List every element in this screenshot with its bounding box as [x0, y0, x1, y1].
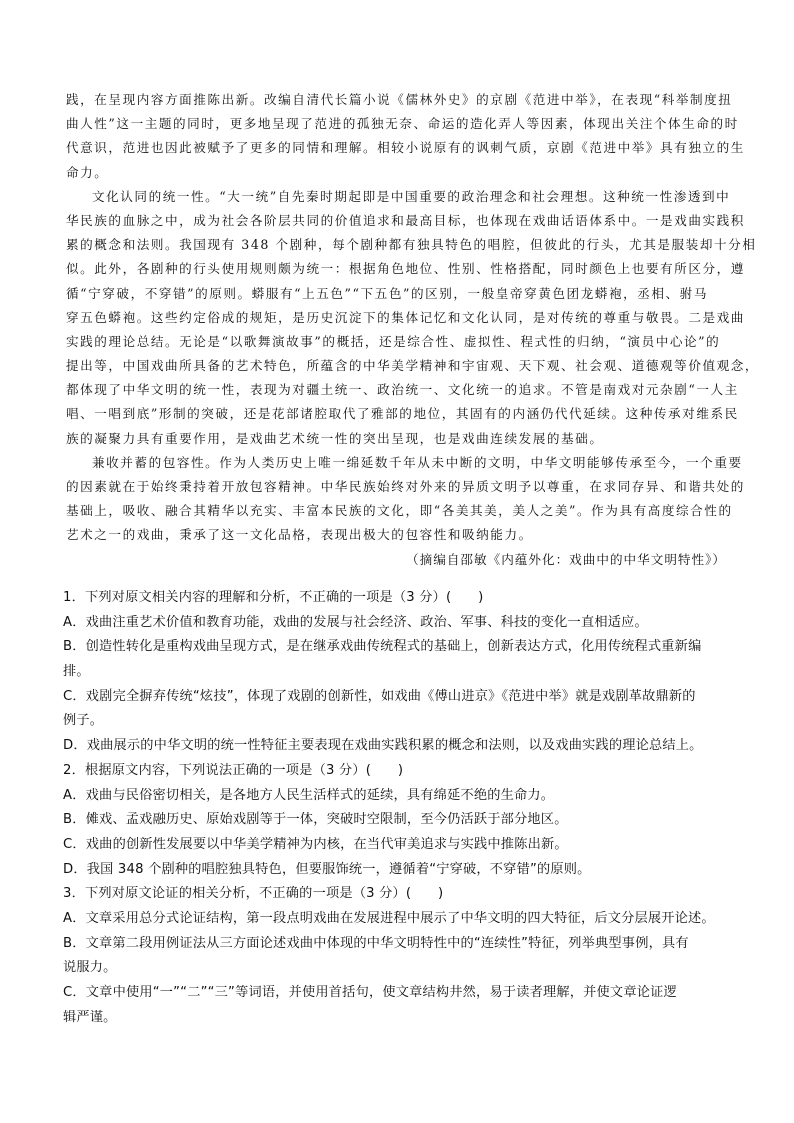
passage-line: 代意识，范进也因此被赋予了更多的同情和理解。相较小说原有的讽刺气质，京剧《范进中…	[66, 136, 730, 160]
document-page: 践，在呈现内容方面推陈出新。改编自清代长篇小说《儒林外史》的京剧《范进中举》，在…	[0, 0, 794, 1123]
question-3: 3．下列对原文论证的相关分析，不正确的一项是（3 分）( ) A．文章采用总分式…	[63, 882, 733, 1030]
option-d: D．戏曲展示的中华文明的统一性特征主要表现在戏曲实践积累的概念和法则，以及戏曲实…	[63, 734, 733, 759]
option-a: A．文章采用总分式论证结构，第一段点明戏曲在发展进程中展示了中华文明的四大特征，…	[63, 907, 733, 932]
source-citation: （摘编自邵敏《内蕴外化：戏曲中的中华文明特性》）	[66, 548, 730, 572]
reading-passage: 践，在呈现内容方面推陈出新。改编自清代长篇小说《儒林外史》的京剧《范进中举》，在…	[66, 88, 730, 572]
option-c: C．文章中使用“一”“二”“三”等词语，并使用首括句，使文章结构井然，易于读者理…	[63, 981, 733, 1006]
option-b: B．文章第二段用例证法从三方面论述戏曲中体现的中华文明特性中的“连续性”特征，列…	[63, 932, 733, 957]
passage-line: 穿五色蟒袍。这些约定俗成的规矩，是历史沉淀下的集体记忆和文化认同，是对传统的尊重…	[66, 306, 730, 330]
option-c-cont: 辑严谨。	[63, 1006, 733, 1031]
paragraph-start-unity: 文化认同的统一性。“大一统”自先秦时期起即是中国重要的政治理念和社会理想。这种统…	[66, 185, 730, 209]
passage-line: 命力。	[66, 161, 730, 185]
passage-line: 华民族的血脉之中，成为社会各阶层共同的价值追求和最高目标，也体现在戏曲话语体系中…	[66, 209, 730, 233]
question-stem: 2．根据原文内容，下列说法正确的一项是（3 分）( )	[63, 759, 733, 784]
option-a: A．戏曲与民俗密切相关，是各地方人民生活样式的延续，具有绵延不绝的生命力。	[63, 784, 733, 809]
option-b-cont: 说服力。	[63, 956, 733, 981]
option-c-cont: 例子。	[63, 709, 733, 734]
passage-line: 唱、一唱到底”形制的突破，还是花部诸腔取代了雅部的地位，其固有的内涵仍代代延续。…	[66, 402, 730, 426]
passage-line: 的因素就在于始终秉持着开放包容精神。中华民族始终对外来的异质文明予以尊重，在求同…	[66, 475, 730, 499]
passage-line: 循“宁穿破，不穿错”的原则。蟒服有“上五色”“下五色”的区别，一般皇帝穿黄色团龙…	[66, 282, 730, 306]
passage-line: 提出等，中国戏曲所具备的艺术特色，所蕴含的中华美学精神和宇宙观、天下观、社会观、…	[66, 354, 730, 378]
option-c: C．戏剧完全摒弃传统“炫技”，体现了戏剧的创新性，如戏曲《傅山进京》《范进中举》…	[63, 685, 733, 710]
questions-section: 1．下列对原文相关内容的理解和分析，不正确的一项是（3 分）( ) A．戏曲注重…	[63, 586, 733, 1030]
option-d: D．我国 348 个剧种的唱腔独具特色，但要服饰统一，遵循着“宁穿破，不穿错”的…	[63, 858, 733, 883]
passage-line: 族的凝聚力具有重要作用，是戏曲艺术统一性的突出呈现，也是戏曲连续发展的基础。	[66, 427, 730, 451]
question-2: 2．根据原文内容，下列说法正确的一项是（3 分）( ) A．戏曲与民俗密切相关，…	[63, 759, 733, 882]
paragraph-start-inclusiveness: 兼收并蓄的包容性。作为人类历史上唯一绵延数千年从未中断的文明，中华文明能够传承至…	[66, 451, 730, 475]
option-b-cont: 排。	[63, 660, 733, 685]
question-stem: 1．下列对原文相关内容的理解和分析，不正确的一项是（3 分）( )	[63, 586, 733, 611]
option-b: B．傩戏、孟戏融历史、原始戏剧等于一体，突破时空限制，至今仍活跃于部分地区。	[63, 808, 733, 833]
option-a: A．戏曲注重艺术价值和教育功能，戏曲的发展与社会经济、政治、军事、科技的变化一直…	[63, 611, 733, 636]
option-c: C．戏曲的创新性发展要以中华美学精神为内核，在当代审美追求与实践中推陈出新。	[63, 833, 733, 858]
question-1: 1．下列对原文相关内容的理解和分析，不正确的一项是（3 分）( ) A．戏曲注重…	[63, 586, 733, 759]
passage-line: 似。此外，各剧种的行头使用规则颇为统一：根据角色地位、性别、性格搭配，同时颜色上…	[66, 257, 730, 281]
option-b: B．创造性转化是重构戏曲呈现方式，是在继承戏曲传统程式的基础上，创新表达方式，化…	[63, 635, 733, 660]
passage-line: 实践的理论总结。无论是“以歌舞演故事”的概括，还是综合性、虚拟性、程式性的归纳，…	[66, 330, 730, 354]
question-stem: 3．下列对原文论证的相关分析，不正确的一项是（3 分）( )	[63, 882, 733, 907]
passage-line: 累的概念和法则。我国现有 348 个剧种，每个剧种都有独具特色的唱腔，但彼此的行…	[66, 233, 730, 257]
passage-line: 曲人性”这一主题的同时，更多地呈现了范进的孤独无奈、命运的造化弄人等因素，体现出…	[66, 112, 730, 136]
passage-line: 都体现了中华文明的统一性，表现为对疆土统一、政治统一、文化统一的追求。不管是南戏…	[66, 378, 730, 402]
passage-line: 基础上，吸收、融合其精华以充实、丰富本民族的文化，即“各美其美，美人之美”。作为…	[66, 499, 730, 523]
passage-line: 艺术之一的戏曲，秉承了这一文化品格，表现出极大的包容性和吸纳能力。	[66, 523, 730, 547]
passage-line: 践，在呈现内容方面推陈出新。改编自清代长篇小说《儒林外史》的京剧《范进中举》，在…	[66, 88, 730, 112]
